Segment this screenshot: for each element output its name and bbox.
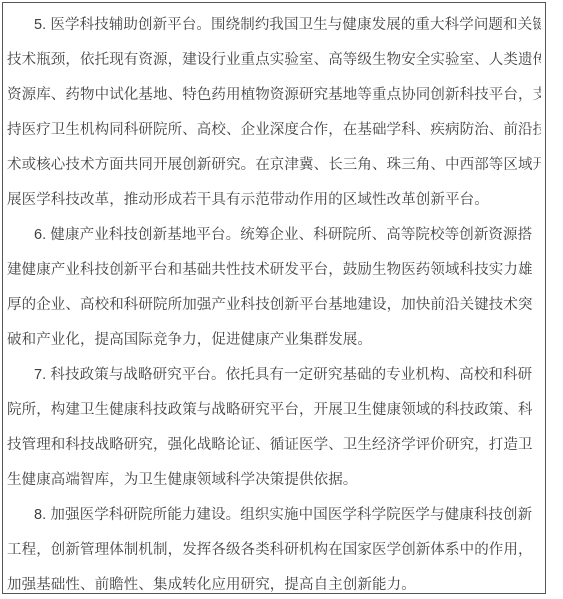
paragraph-8: 8. 加强医学科研院所能力建设。组织实施中国医学科学院医学与健康科技创新 工程，… [7,498,541,599]
text-line: 破和产业化，提高国际竞争力，促进健康产业集群发展。 [7,323,541,358]
text-line: 工程，创新管理体制机制，发挥各级各类科研机构在国家医学创新体系中的作用， [7,533,541,568]
text-line: 厚的企业、高校和科研院所加强产业科技创新平台基地建设，加快前沿关键技术突 [7,288,541,323]
paragraph-7: 7. 科技政策与战略研究平台。依托具有一定研究基础的专业机构、高校和科研 院所，… [7,358,541,498]
text-line: 持医疗卫生机构同科研院所、高校、企业深度合作，在基础学科、疾病防治、前沿技 [7,113,541,148]
text-line: 加强基础性、前瞻性、集成转化应用研究，提高自主创新能力。 [7,568,541,599]
text-line: 7. 科技政策与战略研究平台。依托具有一定研究基础的专业机构、高校和科研 [7,358,541,393]
text-line: 生健康高端智库，为卫生健康领域科学决策提供依据。 [7,463,541,498]
text-line: 技术瓶颈，依托现有资源，建设行业重点实验室、高等级生物安全实验室、人类遗传 [7,43,541,78]
page: { "document": { "background": "#ffffff",… [0,0,563,599]
text-line: 8. 加强医学科研院所能力建设。组织实施中国医学科学院医学与健康科技创新 [7,498,541,533]
text-line: 术或核心技术方面共同开展创新研究。在京津冀、长三角、珠三角、中西部等区域开 [7,148,541,183]
text-line: 展医学科技改革，推动形成若干具有示范带动作用的区域性改革创新平台。 [7,183,541,218]
paragraph-5: 5. 医学科技辅助创新平台。围绕制约我国卫生与健康发展的重大科学问题和关键 技术… [7,8,541,218]
text-line: 资源库、药物中试化基地、特色药用植物资源研究基地等重点协同创新科技平台，支 [7,78,541,113]
text-line: 院所，构建卫生健康科技政策与战略研究平台，开展卫生健康领域的科技政策、科 [7,393,541,428]
text-line: 5. 医学科技辅助创新平台。围绕制约我国卫生与健康发展的重大科学问题和关键 [7,8,541,43]
text-line: 技管理和科技战略研究，强化战略论证、循证医学、卫生经济学评价研究，打造卫 [7,428,541,463]
text-line: 建健康产业科技创新平台和基础共性技术研发平台，鼓励生物医药领域科技实力雄 [7,253,541,288]
paragraph-6: 6. 健康产业科技创新基地平台。统筹企业、科研院所、高等院校等创新资源搭 建健康… [7,218,541,358]
document-border-frame: 5. 医学科技辅助创新平台。围绕制约我国卫生与健康发展的重大科学问题和关键 技术… [2,2,546,594]
text-line: 6. 健康产业科技创新基地平台。统筹企业、科研院所、高等院校等创新资源搭 [7,218,541,253]
